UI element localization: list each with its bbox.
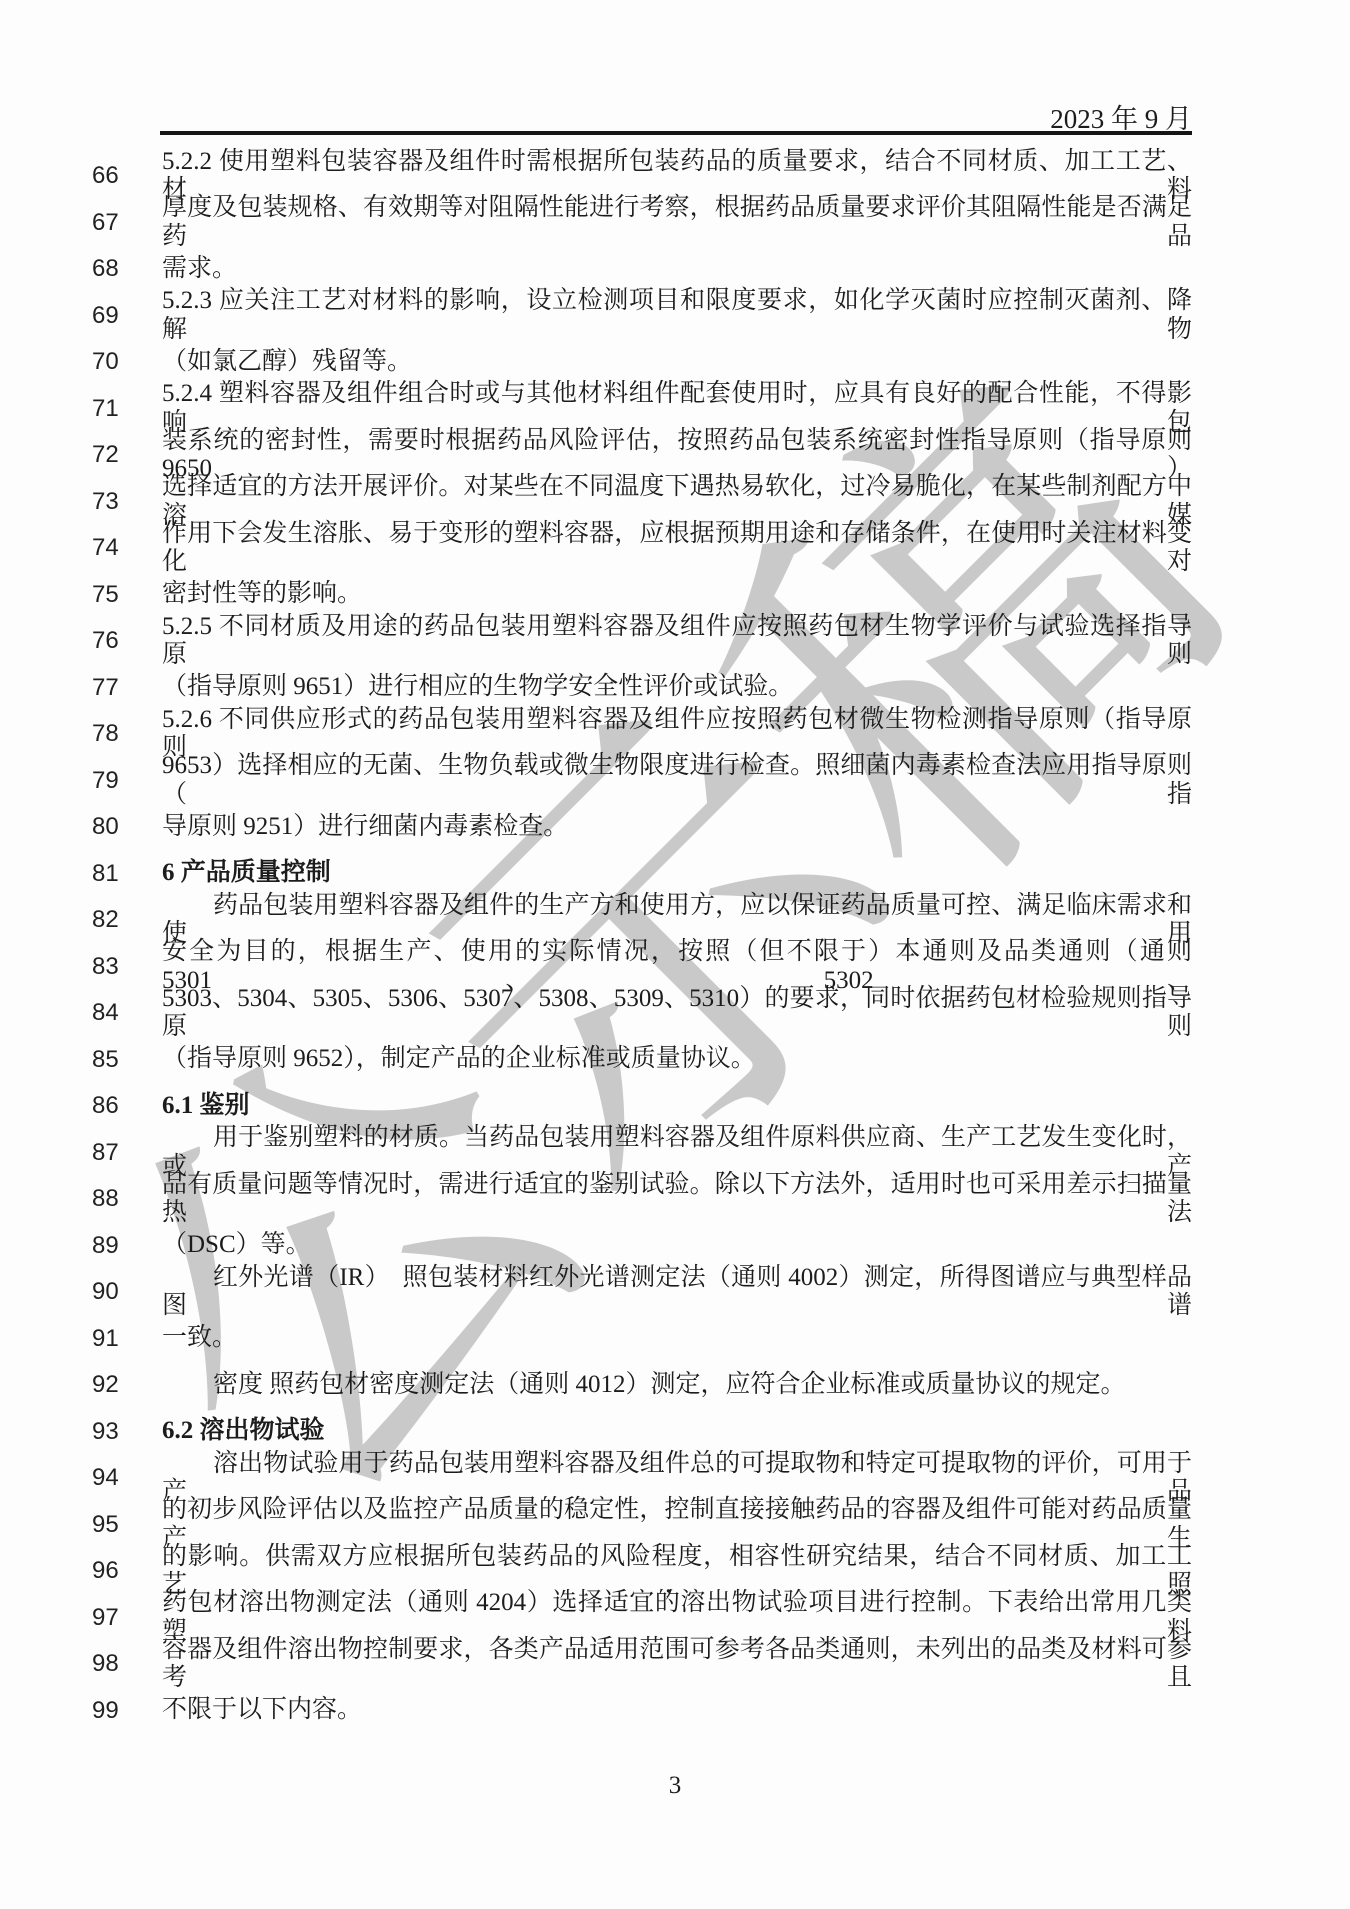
document-line: 84 5303、5304、5305、5306、5307、5308、5309、53… [0,990,1350,1037]
line-number: 84 [92,999,162,1027]
line-text: 导原则 9251）进行细菌内毒素检查。 [162,813,1192,842]
line-number: 99 [92,1697,162,1725]
document-page: 公示稿 2023 年 9 月 66 5.2.2 使用塑料包装容器及组件时需根据所… [0,0,1350,1909]
document-line: 96 的影响。供需双方应根据所包装药品的风险程度，相容性研究结果，结合不同材质、… [0,1548,1350,1595]
line-number: 98 [92,1650,162,1678]
document-line: 97 药包材溶出物测定法（通则 4204）选择适宜的溶出物试验项目进行控制。下表… [0,1595,1350,1642]
document-line: 69 5.2.3 应关注工艺对材料的影响，设立检测项目和限度要求，如化学灭菌时应… [0,293,1350,340]
line-number: 88 [92,1185,162,1213]
line-number: 67 [92,209,162,237]
line-text: 需求。 [162,255,1192,284]
document-line: 79 9653）选择相应的无菌、生物负载或微生物限度进行检查。照细菌内毒素检查法… [0,758,1350,805]
document-line: 88 品有质量问题等情况时，需进行适宜的鉴别试验。除以下方法外，适用时也可采用差… [0,1176,1350,1223]
document-line: 95 的初步风险评估以及监控产品质量的稳定性，控制直接接触药品的容器及组件可能对… [0,1502,1350,1549]
page-number: 3 [0,1772,1350,1800]
document-line: 87 用于鉴别塑料的材质。当药品包装用塑料容器及组件原料供应商、生产工艺发生变化… [0,1130,1350,1177]
line-text: （DSC）等。 [162,1231,1192,1260]
line-text: 6.2 溶出物试验 [162,1417,1192,1446]
document-line: 76 5.2.5 不同材质及用途的药品包装用塑料容器及组件应按照药包材生物学评价… [0,618,1350,665]
document-line: 71 5.2.4 塑料容器及组件组合时或与其他材料组件配套使用时，应具有良好的配… [0,386,1350,433]
document-line: 94 溶出物试验用于药品包装用塑料容器及组件总的可提取物和特定可提取物的评价，可… [0,1455,1350,1502]
document-line: 80 导原则 9251）进行细菌内毒素检查。 [0,804,1350,851]
line-number: 86 [92,1092,162,1120]
header-rule [160,131,1192,135]
line-number: 73 [92,488,162,516]
line-text: 5.2.5 不同材质及用途的药品包装用塑料容器及组件应按照药包材生物学评价与试验… [162,613,1192,671]
document-line: 66 5.2.2 使用塑料包装容器及组件时需根据所包装药品的质量要求，结合不同材… [0,153,1350,200]
document-line: 75 密封性等的影响。 [0,572,1350,619]
document-line: 81 6 产品质量控制 [0,851,1350,898]
document-line: 82 药品包装用塑料容器及组件的生产方和使用方，应以保证药品质量可控、满足临床需… [0,897,1350,944]
line-text: 密度 照药包材密度测定法（通则 4012）测定，应符合企业标准或质量协议的规定。 [162,1371,1192,1400]
document-line: 73 选择适宜的方法开展评价。对某些在不同温度下遇热易软化，过冷易脆化，在某些制… [0,479,1350,526]
document-line: 93 6.2 溶出物试验 [0,1409,1350,1456]
line-number: 68 [92,255,162,283]
line-number: 97 [92,1604,162,1632]
line-text: 厚度及包装规格、有效期等对阻隔性能进行考察，根据药品质量要求评价其阻隔性能是否满… [162,194,1192,252]
line-number: 95 [92,1511,162,1539]
line-text: （指导原则 9651）进行相应的生物学安全性评价或试验。 [162,673,1192,702]
line-number: 66 [92,162,162,190]
document-lines: 66 5.2.2 使用塑料包装容器及组件时需根据所包装药品的质量要求，结合不同材… [0,153,1350,1734]
line-text: 6 产品质量控制 [162,859,1192,888]
line-text: 5303、5304、5305、5306、5307、5308、5309、5310）… [162,985,1192,1043]
line-number: 82 [92,906,162,934]
line-number: 83 [92,953,162,981]
document-line: 72 装系统的密封性，需要时根据药品风险评估，按照药品包装系统密封性指导原则（指… [0,432,1350,479]
line-text: 容器及组件溶出物控制要求，各类产品适用范围可参考各品类通则，未列出的品类及材料可… [162,1636,1192,1694]
line-text: 品有质量问题等情况时，需进行适宜的鉴别试验。除以下方法外，适用时也可采用差示扫描… [162,1171,1192,1229]
line-number: 79 [92,767,162,795]
document-line: 92 密度 照药包材密度测定法（通则 4012）测定，应符合企业标准或质量协议的… [0,1362,1350,1409]
line-number: 69 [92,302,162,330]
line-number: 81 [92,860,162,888]
line-number: 91 [92,1325,162,1353]
line-text: 一致。 [162,1324,1192,1353]
document-line: 90 红外光谱（IR） 照包装材料红外光谱测定法（通则 4002）测定，所得图谱… [0,1269,1350,1316]
document-line: 77 （指导原则 9651）进行相应的生物学安全性评价或试验。 [0,665,1350,712]
line-number: 80 [92,813,162,841]
line-number: 96 [92,1557,162,1585]
line-number: 75 [92,581,162,609]
line-number: 77 [92,674,162,702]
line-text: 6.1 鉴别 [162,1092,1192,1121]
line-number: 85 [92,1046,162,1074]
line-number: 74 [92,534,162,562]
document-line: 91 一致。 [0,1316,1350,1363]
line-number: 90 [92,1278,162,1306]
document-line: 99 不限于以下内容。 [0,1688,1350,1735]
line-text: 作用下会发生溶胀、易于变形的塑料容器，应根据预期用途和存储条件，在使用时关注材料… [162,520,1192,578]
line-number: 93 [92,1418,162,1446]
document-line: 83 安全为目的，根据生产、使用的实际情况，按照（但不限于）本通则及品类通则（通… [0,944,1350,991]
line-text: 5.2.3 应关注工艺对材料的影响，设立检测项目和限度要求，如化学灭菌时应控制灭… [162,287,1192,345]
document-line: 67 厚度及包装规格、有效期等对阻隔性能进行考察，根据药品质量要求评价其阻隔性能… [0,200,1350,247]
line-number: 70 [92,348,162,376]
line-text: 密封性等的影响。 [162,580,1192,609]
line-text: （如氯乙醇）残留等。 [162,348,1192,377]
document-line: 89 （DSC）等。 [0,1223,1350,1270]
line-number: 89 [92,1232,162,1260]
line-number: 92 [92,1371,162,1399]
line-number: 78 [92,720,162,748]
line-number: 72 [92,441,162,469]
line-number: 94 [92,1464,162,1492]
line-number: 71 [92,395,162,423]
line-number: 87 [92,1139,162,1167]
line-text: （指导原则 9652），制定产品的企业标准或质量协议。 [162,1045,1192,1074]
document-line: 74 作用下会发生溶胀、易于变形的塑料容器，应根据预期用途和存储条件，在使用时关… [0,525,1350,572]
line-text: 不限于以下内容。 [162,1696,1192,1725]
line-number: 76 [92,627,162,655]
document-line: 78 5.2.6 不同供应形式的药品包装用塑料容器及组件应按照药包材微生物检测指… [0,711,1350,758]
line-text: 红外光谱（IR） 照包装材料红外光谱测定法（通则 4002）测定，所得图谱应与典… [162,1264,1192,1322]
document-line: 86 6.1 鉴别 [0,1083,1350,1130]
document-line: 70 （如氯乙醇）残留等。 [0,339,1350,386]
line-text: 9653）选择相应的无菌、生物负载或微生物限度进行检查。照细菌内毒素检查法应用指… [162,752,1192,810]
document-line: 98 容器及组件溶出物控制要求，各类产品适用范围可参考各品类通则，未列出的品类及… [0,1641,1350,1688]
document-line: 68 需求。 [0,246,1350,293]
document-line: 85 （指导原则 9652），制定产品的企业标准或质量协议。 [0,1037,1350,1084]
